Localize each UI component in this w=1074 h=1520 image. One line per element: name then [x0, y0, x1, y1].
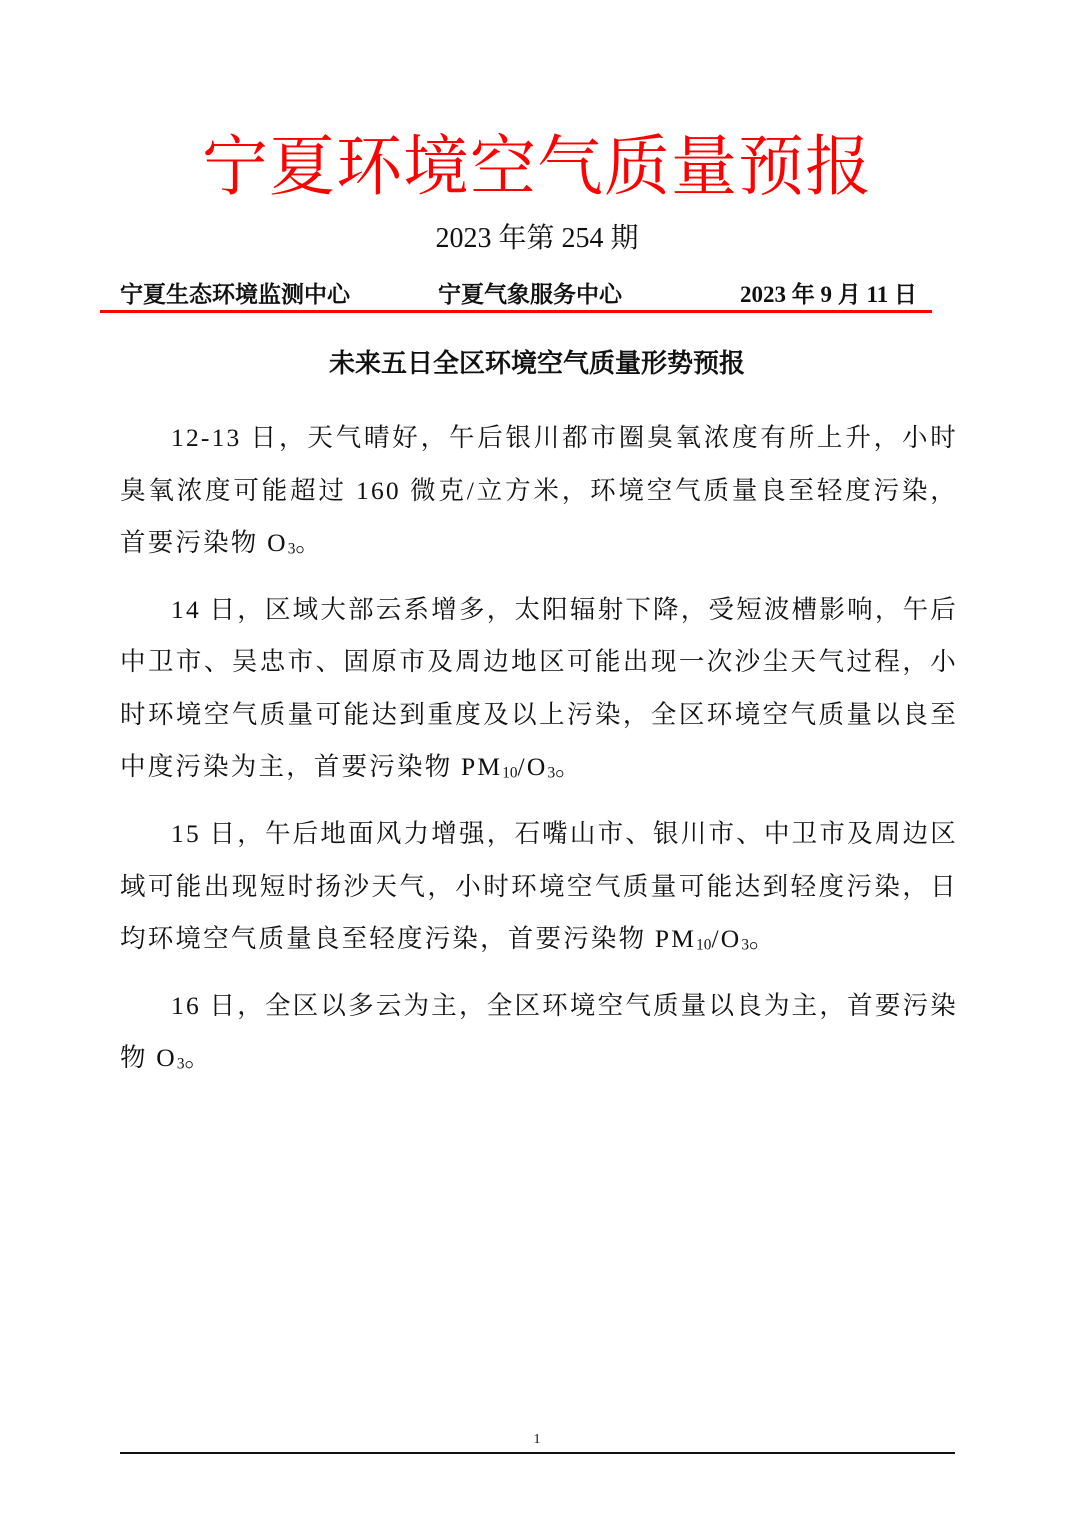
- org-monitoring-center: 宁夏生态环境监测中心: [120, 279, 350, 311]
- footer-divider: [120, 1452, 955, 1454]
- issue-number: 2023 年第 254 期: [0, 222, 1074, 256]
- section-title: 未来五日全区环境空气质量形势预报: [0, 347, 1074, 381]
- page-number: 1: [0, 1432, 1074, 1448]
- paragraph-day-14: 14 日，区域大部云系增多，太阳辐射下降，受短波槽影响，午后中卫市、吴忠市、固原…: [120, 584, 958, 800]
- paragraph-day-15: 15 日，午后地面风力增强，石嘴山市、银川市、中卫市及周边区域可能出现短时扬沙天…: [120, 808, 958, 972]
- header-info-row: 宁夏生态环境监测中心 宁夏气象服务中心 2023 年 9 月 11 日: [120, 279, 940, 311]
- paragraph-day-12-13: 12-13 日，天气晴好，午后银川都市圈臭氧浓度有所上升，小时臭氧浓度可能超过 …: [120, 412, 958, 576]
- forecast-body: 12-13 日，天气晴好，午后银川都市圈臭氧浓度有所上升，小时臭氧浓度可能超过 …: [120, 412, 958, 1099]
- red-divider: [100, 310, 932, 313]
- org-weather-center: 宁夏气象服务中心: [438, 279, 622, 311]
- paragraph-day-16: 16 日，全区以多云为主，全区环境空气质量以良为主，首要污染物 O3。: [120, 980, 958, 1091]
- document-title: 宁夏环境空气质量预报: [0, 128, 1074, 208]
- issue-date: 2023 年 9 月 11 日: [740, 279, 917, 311]
